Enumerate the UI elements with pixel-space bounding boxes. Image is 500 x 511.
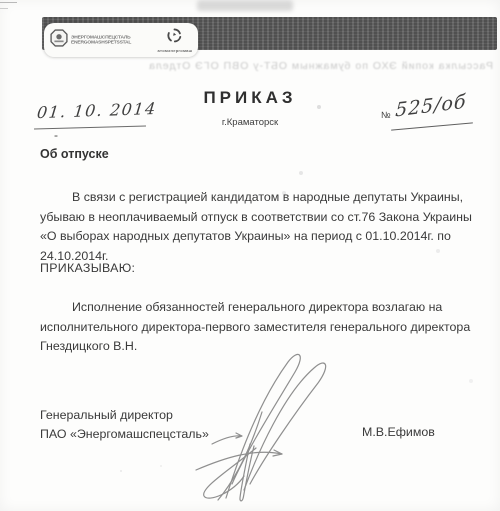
atomenergomash-logo-badge: атомэнергомаш — [145, 25, 205, 56]
logo-strip: ЭНЕРГОМАШСПЕЦСТАЛЬ ENERGOMASHSPETSSTAL а… — [44, 23, 198, 57]
dash-mark: - — [54, 128, 58, 142]
emss-octagon-emblem-icon — [49, 28, 69, 53]
scan-corner-mark — [0, 2, 17, 3]
signer-position: Генеральный директор ПАО «Энергомашспецс… — [40, 406, 209, 444]
signer-position-line2: ПАО «Энергомашспецсталь» — [40, 425, 209, 444]
emss-logo-badge: ЭНЕРГОМАШСПЕЦСТАЛЬ ENERGOMASHSPETSSTAL — [44, 28, 145, 53]
scan-smudge — [197, 0, 293, 11]
scanned-order-document: ЭНЕРГОМАШСПЕЦСТАЛЬ ENERGOMASHSPETSSTAL а… — [0, 0, 500, 511]
number-sign-label: № — [381, 110, 391, 120]
bleedthrough-text: Рассылка копий ЭХО по бумажным ОБТ-у ОВП… — [238, 60, 493, 72]
signer-position-line1: Генеральный директор — [40, 406, 209, 425]
subject-heading: Об отпуске — [40, 147, 109, 161]
emss-logo-text: ЭНЕРГОМАШСПЕЦСТАЛЬ ENERGOMASHSPETSSTAL — [71, 35, 131, 45]
signer-name: М.В.Ефимов — [362, 425, 435, 439]
emss-logo-line2: ENERGOMASHSPETSSTAL — [71, 40, 131, 45]
atomenergomash-caption: атомэнергомаш — [158, 49, 193, 53]
atomenergomash-swirl-icon — [166, 27, 183, 49]
paragraph-line: Исполнение обязанностей генерального дир… — [40, 298, 470, 318]
paragraph-line: «О выборах народных депутатов Украины» н… — [40, 227, 472, 247]
paragraph-line: исполнительного директора-первого замест… — [40, 318, 470, 338]
paragraph-line: В связи с регистрацией кандидатом в наро… — [40, 188, 472, 208]
paragraph-reason: В связи с регистрацией кандидатом в наро… — [40, 188, 472, 266]
directive-heading: ПРИКАЗЫВАЮ: — [40, 261, 135, 275]
paragraph-line: убываю в неоплачиваемый отпуск в соответ… — [40, 208, 472, 228]
scan-noise-specks — [0, 0, 2, 2]
signature-scribble — [192, 348, 357, 510]
scan-corner-mark — [0, 8, 8, 9]
